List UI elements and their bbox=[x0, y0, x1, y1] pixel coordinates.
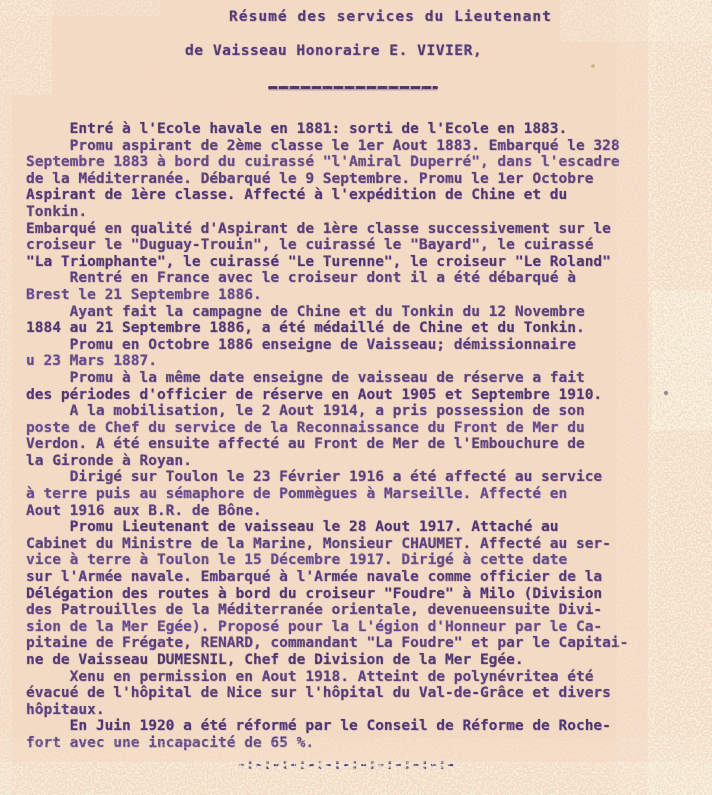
text-line: Promu aspirant de 2ème classe le 1er Aou… bbox=[26, 138, 706, 155]
text-line: A la mobilisation, le 2 Aout 1914, a pri… bbox=[26, 403, 706, 420]
text-line: poste de Chef du service de la Reconnais… bbox=[26, 420, 706, 437]
text-line: "La Triomphante", le cuirassé "Le Turenn… bbox=[26, 254, 706, 271]
text-line: u 23 Mars 1887. bbox=[26, 353, 706, 370]
text-line: Aout 1916 aux B.R. de Bône. bbox=[26, 503, 706, 520]
text-line: Promu en Octobre 1886 enseigne de Vaisse… bbox=[26, 337, 706, 354]
text-line: sion de la Mer Egée). Proposé pour la L'… bbox=[26, 619, 706, 636]
text-line: hôpitaux. bbox=[26, 702, 706, 719]
text-line: Entré à l'Ecole havale en 1881: sorti de… bbox=[26, 121, 706, 138]
text-line: pitaine de Frégate, RENARD, commandant "… bbox=[26, 635, 706, 652]
text-line: Délégation des routes à bord du croiseur… bbox=[26, 586, 706, 603]
text-line: à terre puis au sémaphore de Pommègues à… bbox=[26, 486, 706, 503]
text-line: Rentré en France avec le croiseur dont i… bbox=[26, 270, 706, 287]
document-page: Résumé des services du Lieutenant de Vai… bbox=[0, 0, 712, 795]
text-line: 1884 au 21 Septembre 1886, a été médaill… bbox=[26, 320, 706, 337]
text-line: la Gironde à Royan. bbox=[26, 453, 706, 470]
text-line: Cabinet du Ministre de la Marine, Monsie… bbox=[26, 536, 706, 553]
text-line: de la Méditerranée. Débarqué le 9 Septem… bbox=[26, 171, 706, 188]
document-body: Entré à l'Ecole havale en 1881: sorti de… bbox=[26, 121, 706, 752]
text-line: des périodes d'officier de réserve en Ao… bbox=[26, 387, 706, 404]
title-underline bbox=[268, 86, 438, 89]
separator-line: -:-:-:-:-:-:-:-:-:-:-:-:- bbox=[237, 757, 455, 773]
text-line: ne de Vaisseau DUMESNIL, Chef de Divisio… bbox=[26, 652, 706, 669]
text-line: vice à terre à Toulon le 15 Décembre 191… bbox=[26, 552, 706, 569]
text-line: sur l'Armée navale. Embarqué à l'Armée n… bbox=[26, 569, 706, 586]
document-title-line2: de Vaisseau Honoraire E. VIVIER, bbox=[185, 42, 482, 59]
text-line: Septembre 1883 à bord du cuirassé "l'Ami… bbox=[26, 154, 706, 171]
document-content: Résumé des services du Lieutenant de Vai… bbox=[0, 0, 712, 795]
document-title-line1: Résumé des services du Lieutenant bbox=[229, 8, 552, 25]
text-line: Verdon. A été ensuite affecté au Front d… bbox=[26, 436, 706, 453]
text-line: Brest le 21 Septembre 1886. bbox=[26, 287, 706, 304]
text-line: évacué de l'hôpital de Nice sur l'hôpita… bbox=[26, 685, 706, 702]
text-line: Promu Lieutenant de vaisseau le 28 Aout … bbox=[26, 519, 706, 536]
text-line: Promu à la même date enseigne de vaissea… bbox=[26, 370, 706, 387]
text-line: fort avec une incapacité de 65 %. bbox=[26, 735, 706, 752]
text-line: croiseur le "Duguay-Trouin", le cuirassé… bbox=[26, 237, 706, 254]
text-line: Ayant fait la campagne de Chine et du To… bbox=[26, 304, 706, 321]
text-line: des Patrouilles de la Méditerranée orien… bbox=[26, 602, 706, 619]
text-line: Aspirant de 1ère classe. Affecté à l'exp… bbox=[26, 187, 706, 204]
text-line: Dirigé sur Toulon le 23 Février 1916 a é… bbox=[26, 469, 706, 486]
text-line: Xenu en permission en Aout 1918. Atteint… bbox=[26, 669, 706, 686]
text-line: Tonkin. bbox=[26, 204, 706, 221]
text-line: Embarqué en qualité d'Aspirant de 1ère c… bbox=[26, 221, 706, 238]
text-line: En Juin 1920 a été réformé par le Consei… bbox=[26, 718, 706, 735]
